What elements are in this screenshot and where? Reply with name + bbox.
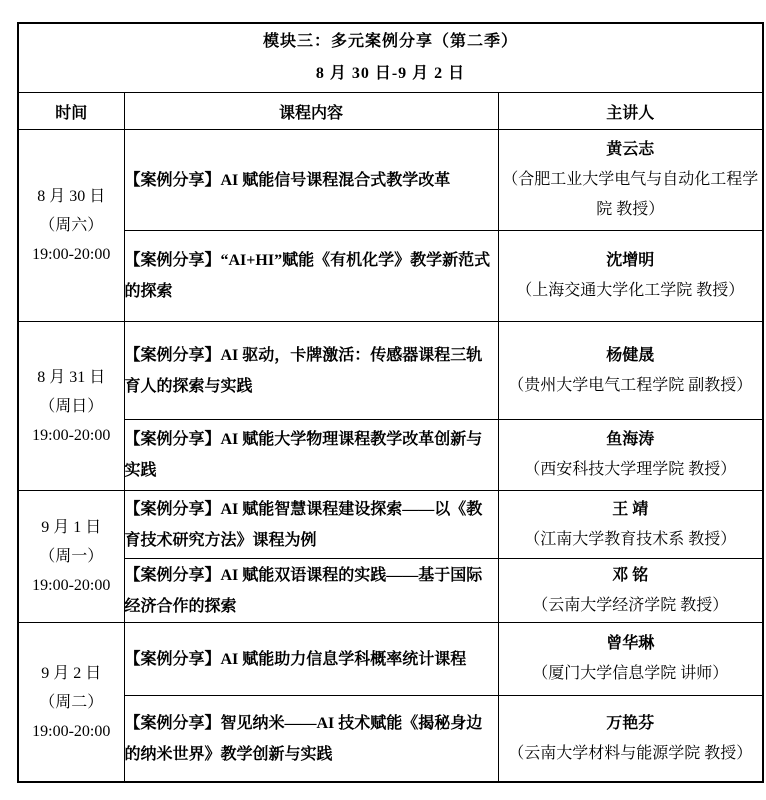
header-content: 课程内容 bbox=[124, 93, 498, 130]
page: 模块三：多元案例分享（第二季） 8 月 30 日-9 月 2 日 时间 课程内容… bbox=[0, 0, 766, 800]
table-row: 【案例分享】智见纳米——AI 技术赋能《揭秘身边的纳米世界》教学创新与实践 万艳… bbox=[18, 696, 763, 783]
speaker-affiliation: （上海交通大学化工学院 教授） bbox=[499, 276, 763, 306]
title-row: 模块三：多元案例分享（第二季） 8 月 30 日-9 月 2 日 bbox=[18, 23, 763, 93]
schedule-table: 模块三：多元案例分享（第二季） 8 月 30 日-9 月 2 日 时间 课程内容… bbox=[17, 22, 764, 783]
weekday-text: （周六） bbox=[19, 211, 124, 240]
course-content: 【案例分享】AI 赋能助力信息学科概率统计课程 bbox=[124, 623, 498, 696]
speaker-affiliation: （江南大学教育技术系 教授） bbox=[499, 525, 763, 555]
course-content: 【案例分享】AI 赋能智慧课程建设探索——以《教育技术研究方法》课程为例 bbox=[124, 491, 498, 559]
speaker-name: 沈增明 bbox=[499, 246, 763, 276]
time-cell-group4: 9 月 2 日 （周二） 19:00-20:00 bbox=[18, 623, 124, 783]
date-text: 8 月 31 日 bbox=[19, 363, 124, 392]
time-cell-group2: 8 月 31 日 （周日） 19:00-20:00 bbox=[18, 322, 124, 491]
weekday-text: （周日） bbox=[19, 392, 124, 421]
time-text: 19:00-20:00 bbox=[19, 421, 124, 450]
course-content: 【案例分享】AI 赋能信号课程混合式教学改革 bbox=[124, 130, 498, 231]
speaker-cell: 杨健晟 （贵州大学电气工程学院 副教授） bbox=[498, 322, 763, 420]
date-text: 8 月 30 日 bbox=[19, 182, 124, 211]
course-content: 【案例分享】AI 赋能双语课程的实践——基于国际经济合作的探索 bbox=[124, 559, 498, 623]
speaker-affiliation: （厦门大学信息学院 讲师） bbox=[499, 659, 763, 689]
speaker-cell: 万艳芬 （云南大学材料与能源学院 教授） bbox=[498, 696, 763, 783]
date-text: 9 月 2 日 bbox=[19, 659, 124, 688]
table-row: 8 月 31 日 （周日） 19:00-20:00 【案例分享】AI 驱动，卡牌… bbox=[18, 322, 763, 420]
time-cell-group3: 9 月 1 日 （周一） 19:00-20:00 bbox=[18, 491, 124, 623]
table-row: 8 月 30 日 （周六） 19:00-20:00 【案例分享】AI 赋能信号课… bbox=[18, 130, 763, 231]
speaker-cell: 王 靖 （江南大学教育技术系 教授） bbox=[498, 491, 763, 559]
speaker-cell: 黄云志 （合肥工业大学电气与自动化工程学院 教授） bbox=[498, 130, 763, 231]
speaker-name: 杨健晟 bbox=[499, 341, 763, 371]
speaker-name: 鱼海涛 bbox=[499, 425, 763, 455]
module-title-cell: 模块三：多元案例分享（第二季） 8 月 30 日-9 月 2 日 bbox=[18, 23, 763, 93]
speaker-name: 邓 铭 bbox=[499, 561, 763, 591]
course-content: 【案例分享】智见纳米——AI 技术赋能《揭秘身边的纳米世界》教学创新与实践 bbox=[124, 696, 498, 783]
speaker-affiliation: （合肥工业大学电气与自动化工程学院 教授） bbox=[499, 165, 763, 225]
speaker-name: 万艳芬 bbox=[499, 709, 763, 739]
speaker-name: 王 靖 bbox=[499, 495, 763, 525]
speaker-cell: 沈增明 （上海交通大学化工学院 教授） bbox=[498, 231, 763, 322]
speaker-affiliation: （西安科技大学理学院 教授） bbox=[499, 455, 763, 485]
table-row: 9 月 2 日 （周二） 19:00-20:00 【案例分享】AI 赋能助力信息… bbox=[18, 623, 763, 696]
time-cell-group1: 8 月 30 日 （周六） 19:00-20:00 bbox=[18, 130, 124, 322]
speaker-name: 曾华琳 bbox=[499, 629, 763, 659]
header-speaker: 主讲人 bbox=[498, 93, 763, 130]
date-text: 9 月 1 日 bbox=[19, 513, 124, 542]
speaker-affiliation: （云南大学材料与能源学院 教授） bbox=[499, 739, 763, 769]
table-row: 9 月 1 日 （周一） 19:00-20:00 【案例分享】AI 赋能智慧课程… bbox=[18, 491, 763, 559]
speaker-affiliation: （云南大学经济学院 教授） bbox=[499, 591, 763, 621]
column-header-row: 时间 课程内容 主讲人 bbox=[18, 93, 763, 130]
course-content: 【案例分享】AI 赋能大学物理课程教学改革创新与实践 bbox=[124, 420, 498, 491]
course-content: 【案例分享】AI 驱动，卡牌激活：传感器课程三轨育人的探索与实践 bbox=[124, 322, 498, 420]
weekday-text: （周一） bbox=[19, 542, 124, 571]
speaker-cell: 邓 铭 （云南大学经济学院 教授） bbox=[498, 559, 763, 623]
weekday-text: （周二） bbox=[19, 688, 124, 717]
table-row: 【案例分享】AI 赋能大学物理课程教学改革创新与实践 鱼海涛 （西安科技大学理学… bbox=[18, 420, 763, 491]
time-text: 19:00-20:00 bbox=[19, 717, 124, 746]
table-row: 【案例分享】AI 赋能双语课程的实践——基于国际经济合作的探索 邓 铭 （云南大… bbox=[18, 559, 763, 623]
speaker-name: 黄云志 bbox=[499, 135, 763, 165]
header-time: 时间 bbox=[18, 93, 124, 130]
table-row: 【案例分享】“AI+HI”赋能《有机化学》教学新范式的探索 沈增明 （上海交通大… bbox=[18, 231, 763, 322]
course-content: 【案例分享】“AI+HI”赋能《有机化学》教学新范式的探索 bbox=[124, 231, 498, 322]
speaker-cell: 鱼海涛 （西安科技大学理学院 教授） bbox=[498, 420, 763, 491]
module-title: 模块三：多元案例分享（第二季） bbox=[19, 26, 762, 58]
speaker-cell: 曾华琳 （厦门大学信息学院 讲师） bbox=[498, 623, 763, 696]
time-text: 19:00-20:00 bbox=[19, 240, 124, 269]
time-text: 19:00-20:00 bbox=[19, 571, 124, 600]
module-date-range: 8 月 30 日-9 月 2 日 bbox=[19, 58, 762, 90]
speaker-affiliation: （贵州大学电气工程学院 副教授） bbox=[499, 371, 763, 401]
